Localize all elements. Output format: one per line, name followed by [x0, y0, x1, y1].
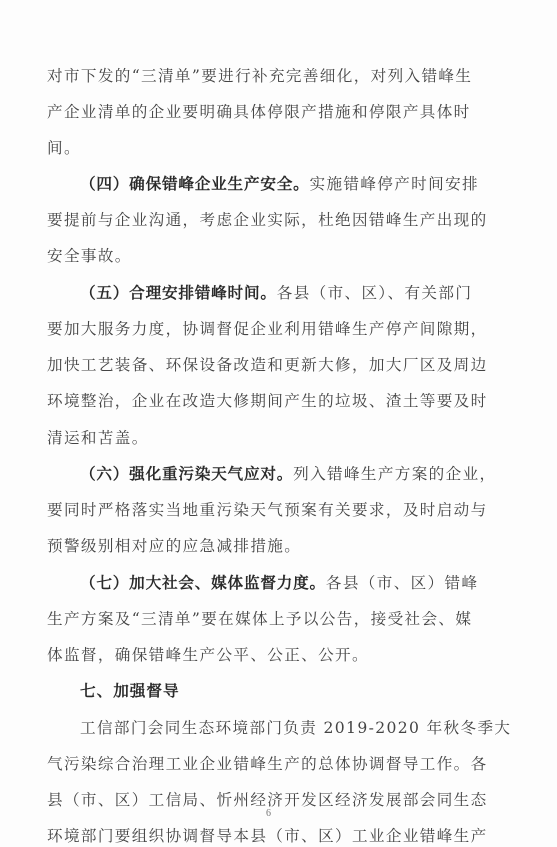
- text-line: 产企业清单的企业要明确具体停限产措施和停限产具体时: [47, 102, 463, 122]
- text-line: 要加大服务力度，协调督促企业利用错峰生产停产间隙期，: [47, 319, 463, 339]
- text-line: 要同时严格落实当地重污染天气预案有关要求，及时启动与: [47, 500, 463, 520]
- paragraph-7-text: 各县（市、区）错峰: [326, 574, 479, 592]
- paragraph-6-first-line: （六）强化重污染天气应对。列入错峰生产方案的企业，: [80, 464, 463, 484]
- paragraph-5-heading: （五）合理安排错峰时间。: [80, 284, 277, 302]
- paragraph-5-text: 各县（市、区）、有关部门: [277, 284, 473, 302]
- text-line: 对市下发的“三清单”要进行补充完善细化，对列入错峰生: [47, 66, 463, 86]
- text-line: 环境整治，企业在改造大修期间产生的垃圾、渣土等要及时: [47, 391, 463, 411]
- text-line: 气污染综合治理工业企业错峰生产的总体协调督导工作。各: [47, 754, 463, 774]
- text-line: 县（市、区）工信局、忻州经济开发区经济发展部会同生态: [47, 790, 463, 810]
- text-line: 要提前与企业沟通，考虑企业实际，杜绝因错峰生产出现的: [47, 210, 463, 230]
- text-line: 预警级别相对应的应急减排措施。: [47, 536, 463, 556]
- paragraph-6-text: 列入错峰生产方案的企业，: [293, 465, 496, 483]
- text-line: 工信部门会同生态环境部门负责 2019-2020 年秋冬季大: [80, 718, 463, 738]
- paragraph-4-text: 实施错峰停产时间安排: [310, 175, 479, 193]
- paragraph-7-heading: （七）加大社会、媒体监督力度。: [80, 574, 326, 592]
- paragraph-6-heading: （六）强化重污染天气应对。: [80, 465, 293, 483]
- document-page: 对市下发的“三清单”要进行补充完善细化，对列入错峰生 产企业清单的企业要明确具体…: [0, 0, 557, 847]
- text-line: 体监督，确保错峰生产公平、公正、公开。: [47, 645, 463, 665]
- text-line: 环境部门要组织协调督导本县（市、区）工业企业错峰生产: [47, 826, 463, 846]
- text-line: 安全事故。: [47, 246, 463, 266]
- page-number: 6: [266, 808, 271, 819]
- paragraph-5-first-line: （五）合理安排错峰时间。各县（市、区）、有关部门: [80, 283, 463, 303]
- text-line: 间。: [47, 138, 463, 158]
- paragraph-7-first-line: （七）加大社会、媒体监督力度。各县（市、区）错峰: [80, 573, 463, 593]
- text-line: 加快工艺装备、环保设备改造和更新大修，加大厂区及周边: [47, 355, 463, 375]
- text-line: 生产方案及“三清单”要在媒体上予以公告，接受社会、媒: [47, 609, 463, 629]
- paragraph-4-first-line: （四）确保错峰企业生产安全。实施错峰停产时间安排: [80, 174, 463, 194]
- text-line: 清运和苫盖。: [47, 428, 463, 448]
- paragraph-4-heading: （四）确保错峰企业生产安全。: [80, 175, 310, 193]
- section-heading: 七、加强督导: [80, 681, 463, 701]
